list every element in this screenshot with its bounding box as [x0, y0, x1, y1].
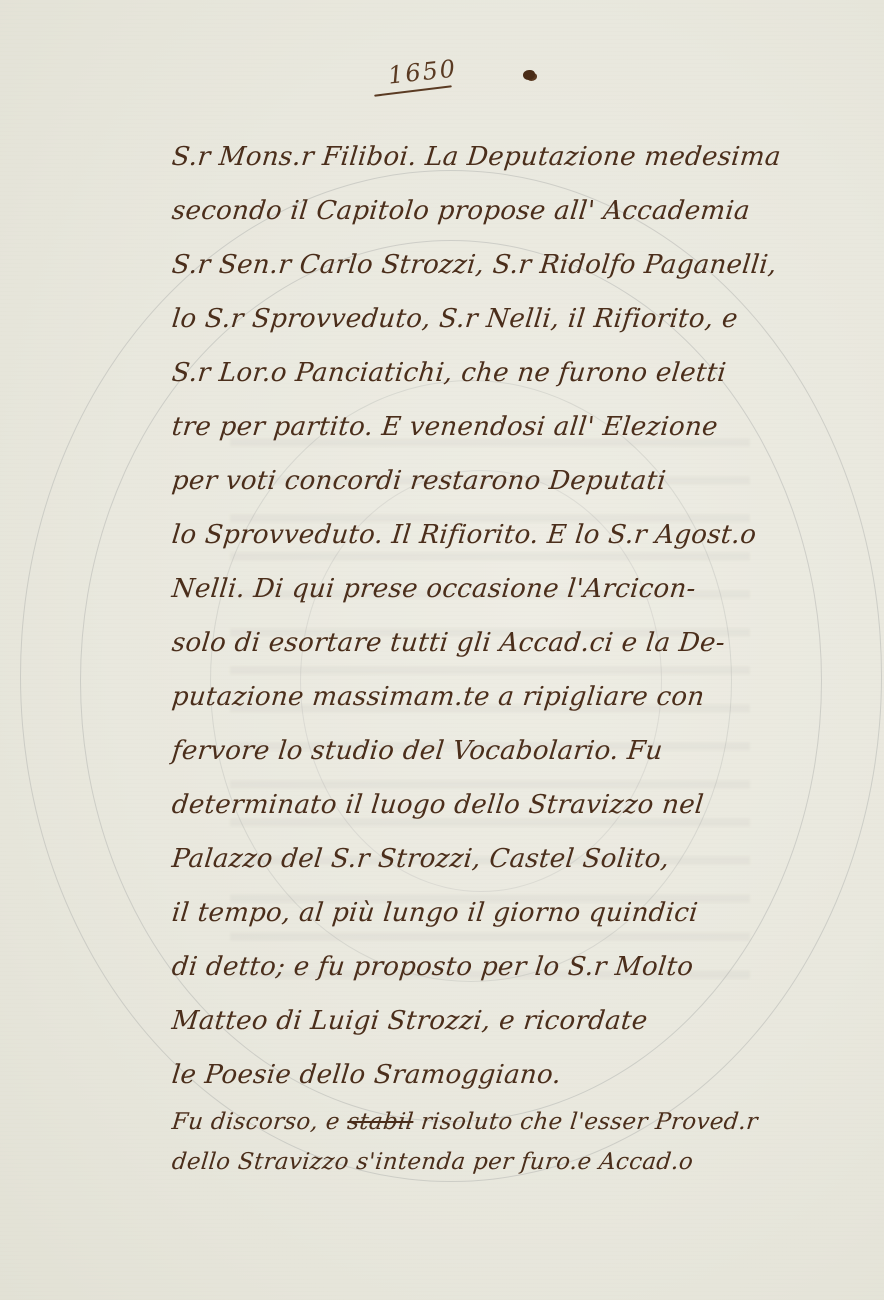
manuscript-page: 1650 S.r Mons.r Filiboi. La Deputazione … — [0, 0, 884, 1300]
page-number: 1650 — [387, 54, 459, 89]
manuscript-line: le Poesie dello Sramoggiano. — [169, 1048, 835, 1102]
manuscript-line: dello Stravizzo s'intenda per furo.e Acc… — [170, 1142, 834, 1182]
manuscript-line: S.r Sen.r Carlo Strozzi, S.r Ridolfo Pag… — [169, 238, 835, 292]
manuscript-line: di detto; e fu proposto per lo S.r Molto — [169, 940, 835, 994]
manuscript-line: per voti concordi restarono Deputati — [169, 454, 835, 508]
manuscript-line: secondo il Capitolo propose all' Accadem… — [169, 184, 835, 238]
manuscript-line-with-deletion: Fu discorso, e stabil risoluto che l'ess… — [170, 1102, 834, 1142]
manuscript-line: S.r Lor.o Panciatichi, che ne furono ele… — [169, 346, 835, 400]
manuscript-line: Matteo di Luigi Strozzi, e ricordate — [169, 994, 835, 1048]
manuscript-line: S.r Mons.r Filiboi. La Deputazione medes… — [169, 130, 835, 184]
manuscript-line: Palazzo del S.r Strozzi, Castel Solito, — [169, 832, 835, 886]
manuscript-line: lo S.r Sprovveduto, S.r Nelli, il Rifior… — [169, 292, 835, 346]
manuscript-text: S.r Mons.r Filiboi. La Deputazione medes… — [172, 130, 832, 1182]
struck-out-word: stabil — [346, 1109, 415, 1135]
manuscript-line: il tempo, al più lungo il giorno quindic… — [169, 886, 835, 940]
manuscript-line: lo Sprovveduto. Il Rifiorito. E lo S.r A… — [169, 508, 835, 562]
line-text: Fu discorso, e — [171, 1109, 349, 1135]
manuscript-line: tre per partito. E venendosi all' Elezio… — [169, 400, 835, 454]
manuscript-line: solo di esortare tutti gli Accad.ci e la… — [169, 616, 835, 670]
line-text: risoluto che l'esser Proved.r — [412, 1109, 759, 1135]
manuscript-line: determinato il luogo dello Stravizzo nel — [169, 778, 835, 832]
ink-blot-mark — [523, 70, 535, 80]
manuscript-line: fervore lo studio del Vocabolario. Fu — [169, 724, 835, 778]
manuscript-line: putazione massimam.te a ripigliare con — [169, 670, 835, 724]
manuscript-line: Nelli. Di qui prese occasione l'Arcicon- — [169, 562, 835, 616]
